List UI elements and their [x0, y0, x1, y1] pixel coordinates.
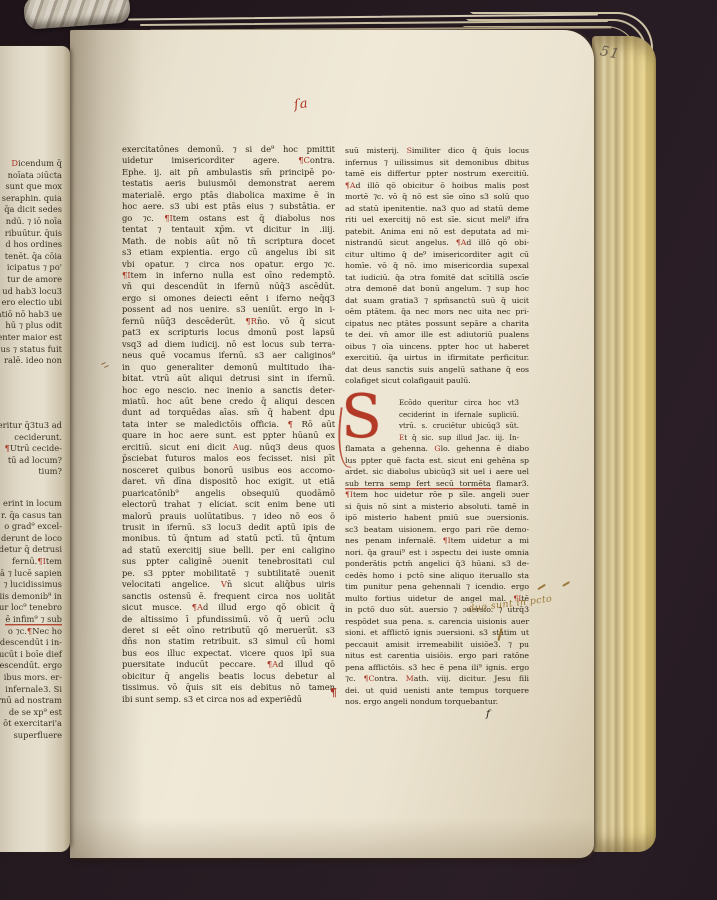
text-line: malorū prauis uolūtatibus. ⁊ ideo nō eos…	[122, 511, 335, 522]
text-line: patebit. Anima eni nō est deputata ad mi…	[345, 226, 529, 238]
text-line: ā ⁊ lucē sapien	[0, 568, 62, 580]
text-line: tū ad locum?	[0, 455, 62, 467]
text-line: quare in hoc aere sunt. est ppter hūanū …	[122, 430, 335, 441]
text-line: nori. q̄a graui⁹ est i ɔspectu dei iuste…	[345, 547, 529, 559]
page-bottom-shadow	[70, 818, 594, 858]
text-line: icipatus ⁊ po'	[0, 262, 62, 274]
text-line: materialē. ergo ptās diabolica maxime ē …	[122, 190, 335, 201]
text-line: velocitati angelice. Vn̄ sicut aliq̄bus …	[122, 579, 335, 590]
book-fore-edge-pages	[592, 36, 656, 852]
text-line: atiō nō hab3 ue	[0, 309, 62, 321]
text-line: nos. ergo angeli nondum torquebantur.	[345, 696, 529, 708]
text-line: ralē. ideo non	[0, 355, 62, 367]
text-line: dat deus sanctis suis angelū sathane q̄ …	[345, 364, 529, 376]
text-line: lus ppter quē facta est. sicut eni gehēn…	[345, 455, 529, 467]
text-line: uidetur imisericorditer agere. ¶Contra.	[122, 155, 335, 166]
text-line: infernale3. Si	[0, 684, 62, 696]
text-line: de altissimo ī pfundissimū. vō q̄ uerū ɔ…	[122, 614, 335, 625]
text-line: sub terra semp fert secū tormēta flamar3…	[345, 478, 529, 490]
text-line: dunt ad torquēdas aīas. sm̄ q̄ habent dp…	[122, 407, 335, 418]
text-line: o grad⁹ excel-	[0, 521, 62, 533]
text-line: q̄a dicit sedes	[0, 204, 62, 216]
text-line: respōdet sua pena. s. carencia uisionis …	[345, 616, 529, 628]
text-line: vbi opatur. ⁊ circa nos opatur. ergo ⁊c.	[122, 259, 335, 270]
text-line: dn̄s non statim retribuit. s3 simul cū h…	[122, 636, 335, 647]
text-line: homīe. vō q̄ nō. imo misericordia supexa…	[345, 260, 529, 272]
text-line: ardet. sic diabolus ubicūq3 sit uel i ae…	[345, 466, 529, 478]
text-line: ribuūtur. q̄uis	[0, 228, 62, 240]
text-line: cedēs homo i pctō sine aliquo iteruallo …	[345, 570, 529, 582]
text-line: puersitate inducūt peccare. ¶Ad illud qō	[122, 659, 335, 670]
text-line: sicut musce. ¶Ad illud ergo qō obicit q̄	[122, 602, 335, 613]
text-line: ¶Item in inferno nulla est oīno redemptō…	[122, 270, 335, 281]
text-line: monibus. tū q̄ntum ad statū pctī. tū q̄n…	[122, 533, 335, 544]
text-line: ipō misterio habent pmiū sue ɔuersionis.	[345, 512, 529, 524]
text-line: miatū. hoc aūt bene credo q̄ aliqui desc…	[122, 396, 335, 407]
text-line: dei. ut quid uenisti ante tempus torquer…	[345, 685, 529, 697]
text-line: ⁊c. ¶Contra. Math. viij. dicitur. Jesu f…	[345, 673, 529, 685]
text-line: cipatus nec ptātes possunt sepāre a char…	[345, 318, 529, 330]
text-line: Ephe. ij. ait pn̄ ambulastis sm̄ princip…	[122, 167, 335, 178]
text-line: vsq3 ad diem iudicij. nō est locus sub t…	[122, 339, 335, 350]
text-line: Dicendum q̄	[0, 158, 62, 170]
text-line: tamē eis differtur ppter nostrum exercit…	[345, 168, 529, 180]
text-line: citur ultimo q̄ de⁹ imisericorditer agit…	[345, 249, 529, 261]
text-line: te dei. vn̄ amor ille est adiutoriū pual…	[345, 329, 529, 341]
text-line: de se xp⁹ est	[0, 707, 62, 719]
text-line: puaricatōnib⁹ angelis obsequiū quodāmō	[122, 488, 335, 499]
text-line: ndū. ⁊ iō noīa	[0, 216, 62, 228]
text-line: ponderātis pctm̄ angelici q̄3 hūani. s3 …	[345, 558, 529, 570]
text-line: tat iudiciū. q̄a ɔtra fomitē dat scītill…	[345, 272, 529, 284]
text-line: dat suam gratia3 ⁊ spm̄sanctū suū q̄ uic…	[345, 295, 529, 307]
text-line: go ⁊c. ¶Item ostans est q̄ diabolus nos	[122, 213, 335, 224]
text-line: nitus est carentia uisiōis. ergo pari ra…	[345, 650, 529, 662]
text-line: obicitur q̄ angelis beatis locus debetur…	[122, 671, 335, 682]
text-line: suū misterij. Similiter dico q̄ q̄uis lo…	[345, 145, 529, 157]
text-line: ur loc⁹ tenebro	[0, 602, 62, 614]
text-line: fernū.¶Item	[0, 556, 62, 568]
facing-page-text-block: erint in locumr. q̄a casus tano grad⁹ ex…	[0, 498, 62, 741]
text-line: ero electio ubi	[0, 297, 62, 309]
text-line: escendūt. ergo	[0, 660, 62, 672]
text-line: d hos ordines	[0, 239, 62, 251]
left-text-column: exercitatōnes demonū. ⁊ si de⁹ hoc pmitt…	[122, 144, 335, 705]
text-line: hū ⁊ plus odit	[0, 320, 62, 332]
text-line: daret. vn̄ dīna dispositō hoc exigit. ut…	[122, 476, 335, 487]
text-line: o ⁊c.¶Nec ho	[0, 626, 62, 638]
text-line: electorū trahat ⁊ eliciat. scit enim ben…	[122, 499, 335, 510]
text-line: sunt que mox	[0, 181, 62, 193]
text-line: in quo generaliter demonū multitudo iha-	[122, 362, 335, 373]
text-line: ucūt i boīe dief	[0, 649, 62, 661]
text-line: neus quē vocamus ifernū. s3 aer caligino…	[122, 350, 335, 361]
text-line: s3 etiam expientia. ergo cū angelus ibi …	[122, 247, 335, 258]
text-line: fernū nūq̄3 descēderūt. ¶Rn̄o. vō q̄ sic…	[122, 316, 335, 327]
text-line: ōt exercitari'a	[0, 718, 62, 730]
text-line: exercitiū. q̄a uirtus in ifirmitate perf…	[345, 352, 529, 364]
text-line: pe. s3 ppter mobilitatē ⁊ subtilitatē ɔu…	[122, 568, 335, 579]
text-line: derunt de loco	[0, 533, 62, 545]
text-line: enter maior est	[0, 332, 62, 344]
text-line: pat3 ex scripturis locus dmonū post laps…	[122, 327, 335, 338]
text-line: possent ad nos uenire. s3 ueniūt. ergo i…	[122, 304, 335, 315]
text-line: oibus ⁊ oīa uincens. ppter hoc ut habere…	[345, 341, 529, 353]
text-line: sanctis ostensū ē. frequent circa nos uo…	[122, 591, 335, 602]
text-line: tium?	[0, 466, 62, 478]
spine-headband	[23, 0, 131, 30]
handwritten-quire-mark: ſa	[293, 96, 309, 113]
text-line: nes penam infernalē. ¶Item uidetur a mi	[345, 535, 529, 547]
text-line: r. q̄a casus tan	[0, 510, 62, 522]
text-line: eritur q̄3tu3 ad	[0, 420, 62, 432]
text-line: ¶Item hoc uidetur rōe p sīle. angeli ɔue…	[345, 489, 529, 501]
text-line: ad statū exercitij siue belli. per eni c…	[122, 545, 335, 556]
text-line: seraphin. quia	[0, 193, 62, 205]
text-line: ud hab3 locu3	[0, 286, 62, 298]
text-line: trusit in ifernū. s3 locu3 dedit aptū ip…	[122, 522, 335, 533]
text-line: vtrū. s. cruciētur ubicūq3 sūt.	[399, 420, 519, 432]
text-line: erint in locum	[0, 498, 62, 510]
text-line: Ecōdo queritur circa hoc vt3	[399, 397, 519, 409]
text-line: ceciderint in ifernale supliciū.	[399, 409, 519, 421]
text-line: deret si eēt oīno retributū qō meruerūt.…	[122, 625, 335, 636]
text-line: oēm ptātem. q̄a nec mors nec uita nec pr…	[345, 306, 529, 318]
text-line: ¶Utrū cecide-	[0, 443, 62, 455]
text-line: rnū ad nostram	[0, 695, 62, 707]
right-text-column-top: suū misterij. Similiter dico q̄ q̄uis lo…	[345, 145, 529, 387]
text-line: p̄sciebat futuros malos eos fecisset. ni…	[122, 453, 335, 464]
text-line: ergo si omones deiecti eēnt i iferno neq…	[122, 293, 335, 304]
text-line: iis demonib⁹ in	[0, 591, 62, 603]
text-line: bitat. vtrū aūt aliqui detrusi sint in i…	[122, 373, 335, 384]
text-line: ad statū ipenitentie. na3 quo ad statū d…	[345, 203, 529, 215]
text-line: hoc ego nescio. nec inenio a sanctis det…	[122, 385, 335, 396]
text-line: ē infim⁹ ⁊ sub	[0, 614, 62, 626]
text-line: si q̄uis nō sint a misterio absoluti. ta…	[345, 501, 529, 513]
text-line: Et q̄ sic. sup illud Jac. iij. In-	[399, 432, 519, 444]
text-line: bus eos illuc expectat. vicere quos ipī …	[122, 648, 335, 659]
text-line: ⁊ lucidissimus	[0, 579, 62, 591]
text-line: superfluere	[0, 730, 62, 742]
text-line: ɔtra demonē dat bonū angelum. ⁊ sup hoc	[345, 283, 529, 295]
text-line: exercitatōnes demonū. ⁊ si de⁹ hoc pmitt…	[122, 144, 335, 155]
text-line: ercitiū. sicut eni dicit Aug. nūq3 deus …	[122, 442, 335, 453]
text-line: ceciderunt.	[0, 432, 62, 444]
text-line: tissimus. vō q̄uis sit eis debitus nō ta…	[122, 682, 335, 693]
text-line: ibi sunt semp. s3 et circa nos ad experi…	[122, 694, 335, 705]
text-line: mortē ⁊c. vō q̄ nō est sīe oīno s3 solū …	[345, 191, 529, 203]
text-line: ¶Ad illō qō obicitur ō hoibus malis post	[345, 180, 529, 192]
text-line: pena afflictōis. s3 hec ē pena ili⁹ igni…	[345, 662, 529, 674]
text-line: tim punitur pena gehennali ⁊ icendio. er…	[345, 581, 529, 593]
text-line: flamata a gehenna. Glo. gehenna ē diabo	[345, 443, 529, 455]
text-line: peccauit amisit irremeabilit uisiōe3. ⁊ …	[345, 639, 529, 651]
text-line: tentat ⁊ tentauit xp̄m. vt dicitur in .i…	[122, 224, 335, 235]
text-line: tur de amore	[0, 274, 62, 286]
text-line: hoc aere. s3 ubi est ptās eius ⁊ substāt…	[122, 201, 335, 212]
right-text-column-initial-paragraph: Ecōdo queritur circa hoc vt3ceciderint i…	[399, 397, 519, 443]
text-line: ibus mors. er-	[0, 672, 62, 684]
marginal-red-pilcrow: ¶	[330, 686, 337, 699]
facing-page-text-block: Dicendum q̄noīata ɔiūctasunt que moxsera…	[0, 158, 62, 367]
text-line: infernus ⁊ uilissimus sit demonibus dbit…	[345, 157, 529, 169]
text-line: tata inter se maledictōis officia. ¶ Rō …	[122, 419, 335, 430]
text-line: sc3 beatam uisionem. ergo pari rōe demo-	[345, 524, 529, 536]
facing-page-text-block: eritur q̄3tu3 adceciderunt.¶Utrū cecide-…	[0, 420, 62, 478]
text-line: tenēt. q̄a cōia	[0, 251, 62, 263]
text-line: riti uel exercitij nō est sīe. sicut mel…	[345, 214, 529, 226]
text-line: testatis aeris buiusmōi demonstrat aerem	[122, 178, 335, 189]
text-line: sus ppter caliginē ɔuenit tenebrositati …	[122, 556, 335, 567]
text-line: us ⁊ status fuit	[0, 344, 62, 356]
text-line: nistrandū sicut angelus. ¶Ad illō qō obi…	[345, 237, 529, 249]
printed-signature-mark: f	[486, 708, 490, 720]
text-line: Math. de nobis aūt nō tn̄ scriptura doce…	[122, 236, 335, 247]
text-line: detur q̄ detrusi	[0, 544, 62, 556]
text-line: descendūt i in-	[0, 637, 62, 649]
text-line: nosceret quibus bonorū usibus eos accomo…	[122, 465, 335, 476]
text-line: noīata ɔiūcta	[0, 170, 62, 182]
right-text-column-bottom: flamata a gehenna. Glo. gehenna ē diabol…	[345, 443, 529, 708]
text-line: vn̄ qui descendūt in ifernū nūq̄3 ascēdū…	[122, 281, 335, 292]
photo-of-incunabulum-opening: { "photo": { "folio_mark": "51", "quire_…	[0, 0, 717, 900]
